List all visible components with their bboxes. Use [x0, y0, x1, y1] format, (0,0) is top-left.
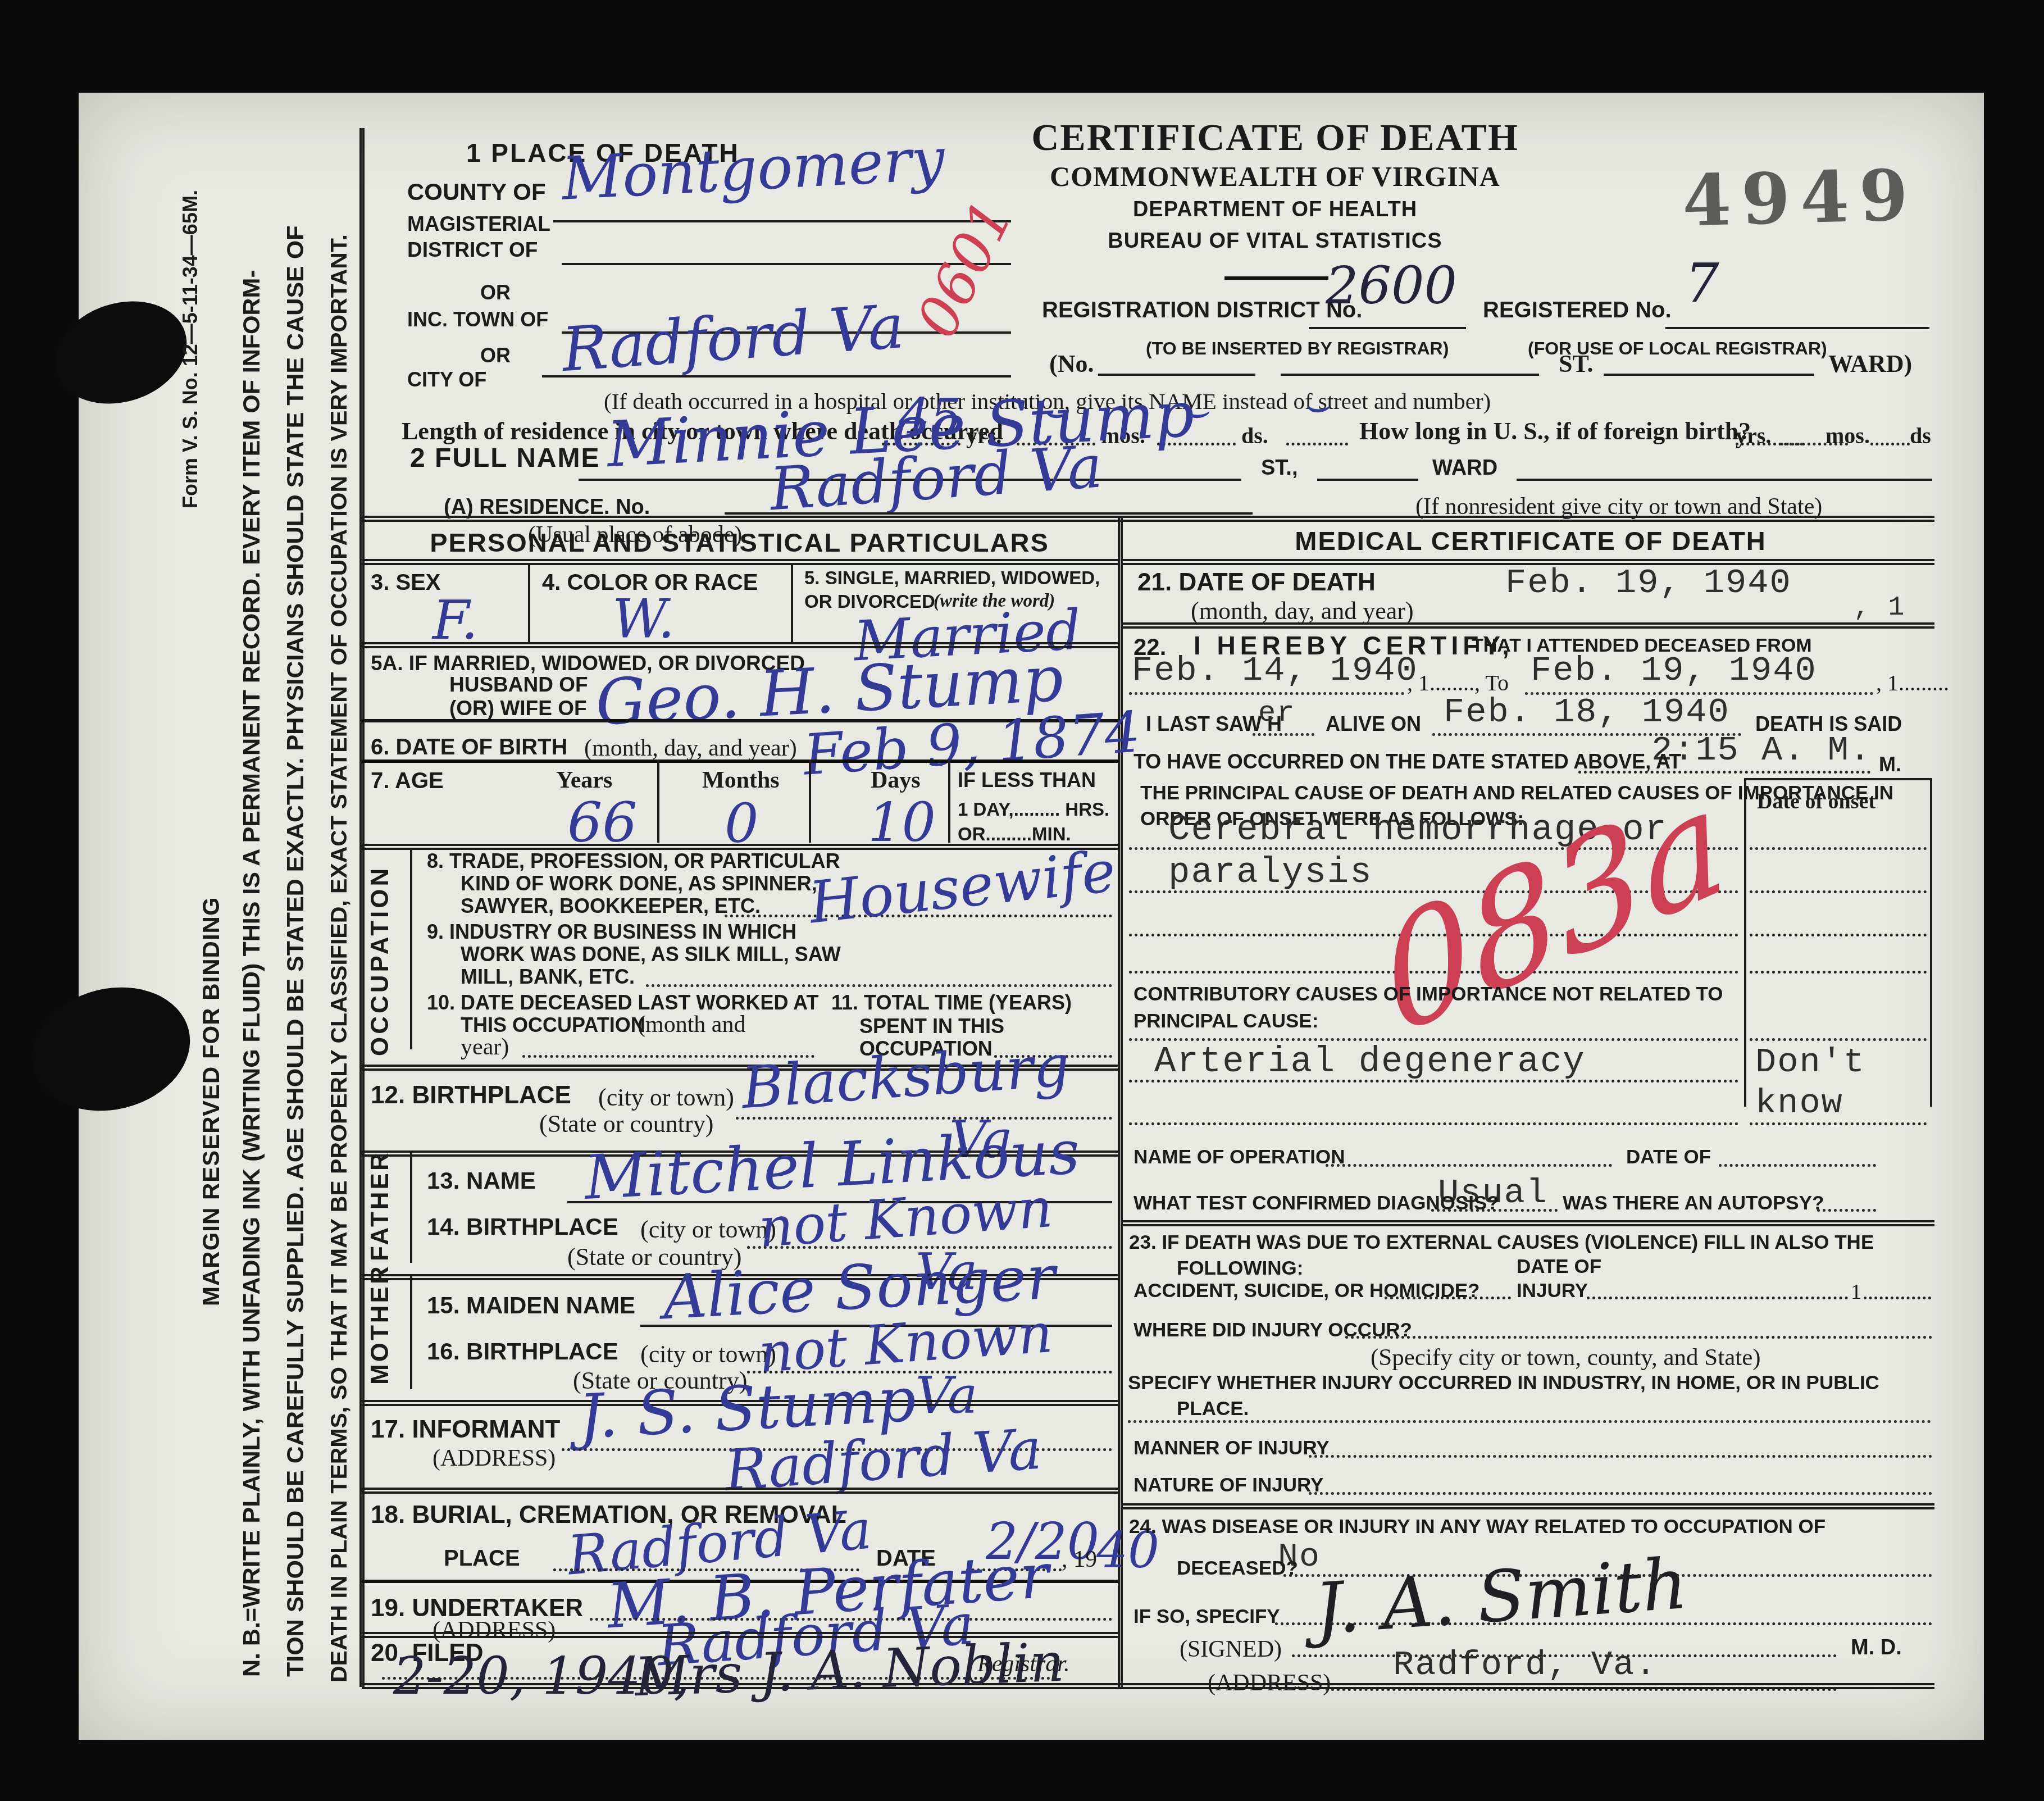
er-line	[1253, 733, 1314, 736]
nb-note-line3: DEATH IN PLAIN TERMS, SO THAT IT MAY BE …	[326, 234, 352, 1682]
informant-address-label: (ADDRESS)	[433, 1445, 556, 1472]
department-label: DEPARTMENT OF HEALTH	[1084, 198, 1466, 222]
onset-line3	[1750, 934, 1927, 936]
frame-left-border	[359, 128, 365, 1687]
or-label-1: OR	[480, 281, 511, 304]
q9-line2: WORK WAS DONE, AS SILK MILL, SAW	[461, 943, 841, 966]
q21-rule	[1123, 622, 1934, 629]
q21-note: (month, day, and year)	[1191, 597, 1414, 625]
years-label: Years	[556, 767, 612, 794]
fullname-st-line	[1317, 479, 1418, 481]
personal-section-header: PERSONAL AND STATISTICAL PARTICULARS	[362, 527, 1117, 558]
yrs2-label: yrs.	[1736, 422, 1771, 449]
ifless-label-2: 1 DAY,......... HRS.	[958, 799, 1109, 820]
onset-line6	[1750, 1122, 1927, 1125]
signed-label: (SIGNED)	[1180, 1636, 1282, 1663]
registration-district-line	[1309, 327, 1466, 329]
commonwealth-subtitle: COMMONWEALTH OF VIRGINA	[1028, 160, 1522, 193]
operation-date-label: DATE OF	[1626, 1146, 1711, 1168]
accident-line	[1385, 1297, 1511, 1299]
occupation-side-label: OCCUPATION	[366, 866, 394, 1056]
residence-line	[725, 512, 1253, 515]
q10-line2b: (month and	[638, 1011, 745, 1038]
sex-label: 3. SEX	[371, 570, 441, 595]
st-line	[1604, 374, 1814, 376]
certificate-title: CERTIFICATE OF DEATH	[1028, 115, 1522, 160]
operation-label: NAME OF OPERATION	[1133, 1146, 1345, 1168]
manner-injury-line	[1309, 1455, 1932, 1458]
injury-suffix: 1	[1851, 1280, 1861, 1304]
autopsy-line	[1817, 1209, 1876, 1212]
full-name-label: 2 FULL NAME	[410, 443, 600, 474]
age-label: 7. AGE	[371, 768, 444, 794]
st-label: ST.	[1559, 349, 1594, 378]
tick-3: ⌣	[1303, 382, 1329, 429]
father-name-label: 13. NAME	[427, 1167, 536, 1194]
ifless-label-1: IF LESS THAN	[958, 768, 1096, 792]
physician-address-value: Radford, Va.	[1393, 1645, 1657, 1685]
q8-line2: KIND OF WORK DONE, AS SPINNER,	[461, 872, 817, 895]
q24-label2: DECEASED?	[1177, 1557, 1298, 1580]
bp12-label: 12. BIRTHPLACE	[371, 1081, 571, 1109]
sex-color-divider	[528, 565, 530, 642]
column-divider	[1118, 516, 1123, 1687]
magisterial-label1: MAGISTERIAL	[407, 212, 550, 236]
onset-dont-value: Don't	[1755, 1042, 1865, 1082]
q8-line1: 8. TRADE, PROFESSION, OR PARTICULAR	[427, 849, 840, 873]
filed-line	[382, 1677, 1056, 1680]
operation-date-line	[1719, 1164, 1876, 1167]
occurred-line	[1578, 771, 1870, 774]
nature-injury-label: NATURE OF INJURY	[1133, 1474, 1323, 1497]
onset-box-top	[1744, 778, 1932, 780]
ds-label: ds.	[1241, 422, 1268, 449]
q11-line2: SPENT IN THIS	[859, 1015, 1004, 1038]
lastsaw-er-value: er	[1258, 697, 1295, 730]
onset-box-left	[1744, 778, 1746, 1107]
injury-label: INJURY	[1517, 1280, 1588, 1302]
registrar-insert-note: (TO BE INSERTED BY REGISTRAR)	[1146, 338, 1449, 359]
contributory-value: Arterial degeneracy	[1154, 1042, 1586, 1083]
howlong-label: How long in U. S., if of foreign birth?	[1359, 417, 1751, 445]
residence-label: (A) RESIDENCE. No.	[444, 495, 650, 520]
contributory-line1	[1129, 1080, 1738, 1083]
ifso-label: IF SO, SPECIFY	[1133, 1606, 1280, 1628]
mother-state-value: Va	[916, 1366, 977, 1425]
registered-no-label: REGISTERED No.	[1483, 298, 1672, 323]
registration-district-label: REGISTRATION DISTRICT No.	[1042, 298, 1362, 323]
lastsaw-post-label: ALIVE ON	[1326, 712, 1421, 736]
certificate-stamp-number: 4949	[1681, 154, 1919, 243]
city-label: CITY OF	[407, 368, 486, 392]
informant-rule	[362, 1488, 1118, 1494]
q23-label1: 23. IF DEATH WAS DUE TO EXTERNAL CAUSES …	[1129, 1231, 1874, 1254]
q10-line1: 10. DATE DECEASED LAST WORKED AT	[427, 991, 818, 1015]
mother-side-label: MOTHER	[366, 1264, 394, 1385]
burial-place-label: PLACE	[444, 1546, 520, 1571]
specify-label1: SPECIFY WHETHER INJURY OCCURRED IN INDUS…	[1128, 1372, 1879, 1394]
nature-injury-line	[1309, 1492, 1932, 1495]
attended-from-value: Feb. 14, 1940	[1132, 651, 1418, 690]
onset-line1	[1750, 847, 1927, 850]
color-race-value: W.	[612, 589, 675, 651]
test-line	[1431, 1209, 1558, 1212]
mother-divider	[410, 1274, 412, 1389]
contributory-label2: PRINCIPAL CAUSE:	[1133, 1010, 1318, 1033]
months-label: Months	[702, 767, 780, 794]
mother-bp-city-note: (city or town)	[640, 1340, 776, 1368]
nb-note-line1: N. B.=WRITE PLAINLY, WITH UNFADING INK (…	[238, 270, 266, 1677]
onset-line2	[1750, 890, 1927, 893]
contributory-label1: CONTRIBUTORY CAUSES OF IMPORTANCE NOT RE…	[1133, 983, 1723, 1006]
q9-line	[646, 984, 1112, 987]
attended-to-value: Feb. 19, 1940	[1531, 651, 1817, 690]
dob-note: (month, day, and year)	[584, 735, 797, 762]
personal-header-rule	[362, 559, 1118, 565]
bp12-city-note: (city or town)	[598, 1083, 734, 1112]
bureau-label: BUREAU OF VITAL STATISTICS	[1084, 229, 1466, 253]
q10-line3: year)	[461, 1034, 509, 1061]
q9-line3: MILL, BANK, ETC.	[461, 965, 635, 989]
county-line	[553, 220, 1011, 222]
father-bp-city-note: (city or town)	[640, 1215, 776, 1244]
inc-town-label: INC. TOWN OF	[407, 308, 548, 331]
registered-no-line	[1665, 327, 1929, 329]
physician-address-label: (ADDRESS)	[1208, 1670, 1331, 1697]
or-label-2: OR	[480, 344, 511, 367]
where-injury-line	[1345, 1336, 1932, 1339]
q21-suffix: , 1	[1854, 593, 1905, 623]
specify-line	[1128, 1420, 1931, 1423]
to-suffix: , 1.........	[1876, 670, 1949, 696]
onset-box-label: Date of onset	[1757, 789, 1875, 814]
contributory-line0	[1129, 1038, 1738, 1041]
dob-label: 6. DATE OF BIRTH	[371, 735, 567, 760]
informant-label: 17. INFORMANT	[371, 1416, 560, 1444]
manner-injury-label: MANNER OF INJURY	[1133, 1437, 1330, 1459]
father-side-label: FATHER	[366, 1150, 394, 1261]
contributory-line2	[1129, 1122, 1738, 1125]
color-marital-divider	[791, 565, 793, 642]
marital-label-1: 5. SINGLE, MARRIED, WIDOWED,	[804, 567, 1100, 589]
fullname-ward-line	[1517, 479, 1932, 481]
no-line	[1098, 374, 1255, 376]
fullname-ward-label: WARD	[1432, 456, 1497, 480]
operation-line	[1326, 1164, 1612, 1167]
burial-year-prefix: , 19	[1062, 1546, 1097, 1573]
q23-label2: FOLLOWING:	[1177, 1257, 1304, 1280]
ds2-label: ds	[1910, 422, 1931, 449]
mos2-label: mos.	[1826, 422, 1870, 449]
ward-label: WARD)	[1828, 349, 1912, 378]
registered-no-value: 7	[1685, 253, 1719, 315]
from-line	[1129, 692, 1404, 695]
registration-district-value: 2600	[1326, 256, 1457, 316]
q24-label1: 24. WAS DISEASE OR INJURY IN ANY WAY REL…	[1129, 1516, 1826, 1538]
scanned-death-certificate: { "colors":{"paper":"#e8e9e3","ink_blue"…	[0, 0, 2044, 1801]
injury-date-line	[1587, 1297, 1848, 1299]
q23-dateof-label: DATE OF	[1517, 1256, 1601, 1278]
q9-line1: 9. INDUSTRY OR BUSINESS IN WHICH	[427, 920, 796, 944]
cause-line2-value: paralysis	[1168, 853, 1373, 893]
test-rule	[1123, 1220, 1934, 1226]
physician-address-line	[1326, 1688, 1837, 1691]
bp12-state-note: (State or country)	[539, 1109, 713, 1138]
no-label: (No.	[1049, 349, 1094, 378]
nb-note-line2: TION SHOULD BE CAREFULLY SUPPLIED. AGE S…	[282, 226, 309, 1677]
punch-hole-blot-small	[143, 1006, 183, 1045]
where-injury-note: (Specify city or town, county, and State…	[1371, 1344, 1761, 1371]
age-divider-3	[948, 759, 950, 843]
county-label: COUNTY OF	[407, 179, 546, 206]
header-rule	[1224, 276, 1328, 280]
q21-value: Feb. 19, 1940	[1505, 563, 1792, 603]
fullname-st-label: ST.,	[1261, 456, 1298, 480]
occupation-divider	[410, 849, 412, 1049]
q21-label: 21. DATE OF DEATH	[1137, 569, 1376, 597]
onset-box-right	[1930, 778, 1932, 1107]
q11-line1: 11. TOTAL TIME (YEARS)	[831, 991, 1072, 1015]
autopsy-label: WAS THERE AN AUTOPSY?	[1563, 1192, 1824, 1215]
father-bp-label: 14. BIRTHPLACE	[427, 1213, 618, 1240]
days-label: Days	[871, 767, 921, 794]
howlong-ds-line	[1870, 443, 1910, 445]
husband-of-label: HUSBAND OF	[449, 673, 588, 697]
street-name-line	[1281, 374, 1539, 376]
wife-of-label: (OR) WIFE OF	[449, 697, 587, 720]
city-line	[542, 375, 1011, 378]
ds-line2	[1286, 443, 1348, 445]
age-divider-1	[657, 759, 659, 843]
margin-binding-note: MARGIN RESERVED FOR BINDING	[198, 897, 225, 1306]
md-label: M. D.	[1851, 1636, 1902, 1660]
onset-know-value: know	[1755, 1083, 1843, 1123]
father-divider	[410, 1150, 412, 1263]
mother-bp-label: 16. BIRTHPLACE	[427, 1338, 618, 1365]
nonresident-note: (If nonresident give city or town and St…	[1415, 493, 1822, 520]
onset-line4	[1750, 971, 1927, 974]
q8-line3: SAWYER, BOOKKEEPER, ETC.	[461, 894, 761, 918]
form-number: Form V. S. No. 12—5-11-34—65M.	[179, 190, 202, 508]
onset-line5	[1750, 1038, 1927, 1041]
occurred-label: TO HAVE OCCURRED ON THE DATE STATED ABOV…	[1133, 750, 1681, 774]
ifless-label-3: OR.........MIN.	[958, 824, 1071, 845]
registrar-label: Registrar.	[977, 1650, 1070, 1677]
age-divider-2	[809, 759, 811, 843]
mother-name-label: 15. MAIDEN NAME	[427, 1292, 635, 1319]
injury-date-line2	[1864, 1297, 1931, 1299]
occurred-m-suffix: M.	[1879, 753, 1901, 776]
injury-rule	[1123, 1503, 1934, 1509]
magisterial-label2: DISTRICT OF	[407, 238, 538, 262]
specify-label2: PLACE.	[1177, 1398, 1249, 1420]
lastsaw-value: Feb. 18, 1940	[1444, 692, 1730, 732]
dob-rule	[362, 759, 1118, 763]
medical-section-header: MEDICAL CERTIFICATE OF DEATH	[1129, 525, 1932, 556]
